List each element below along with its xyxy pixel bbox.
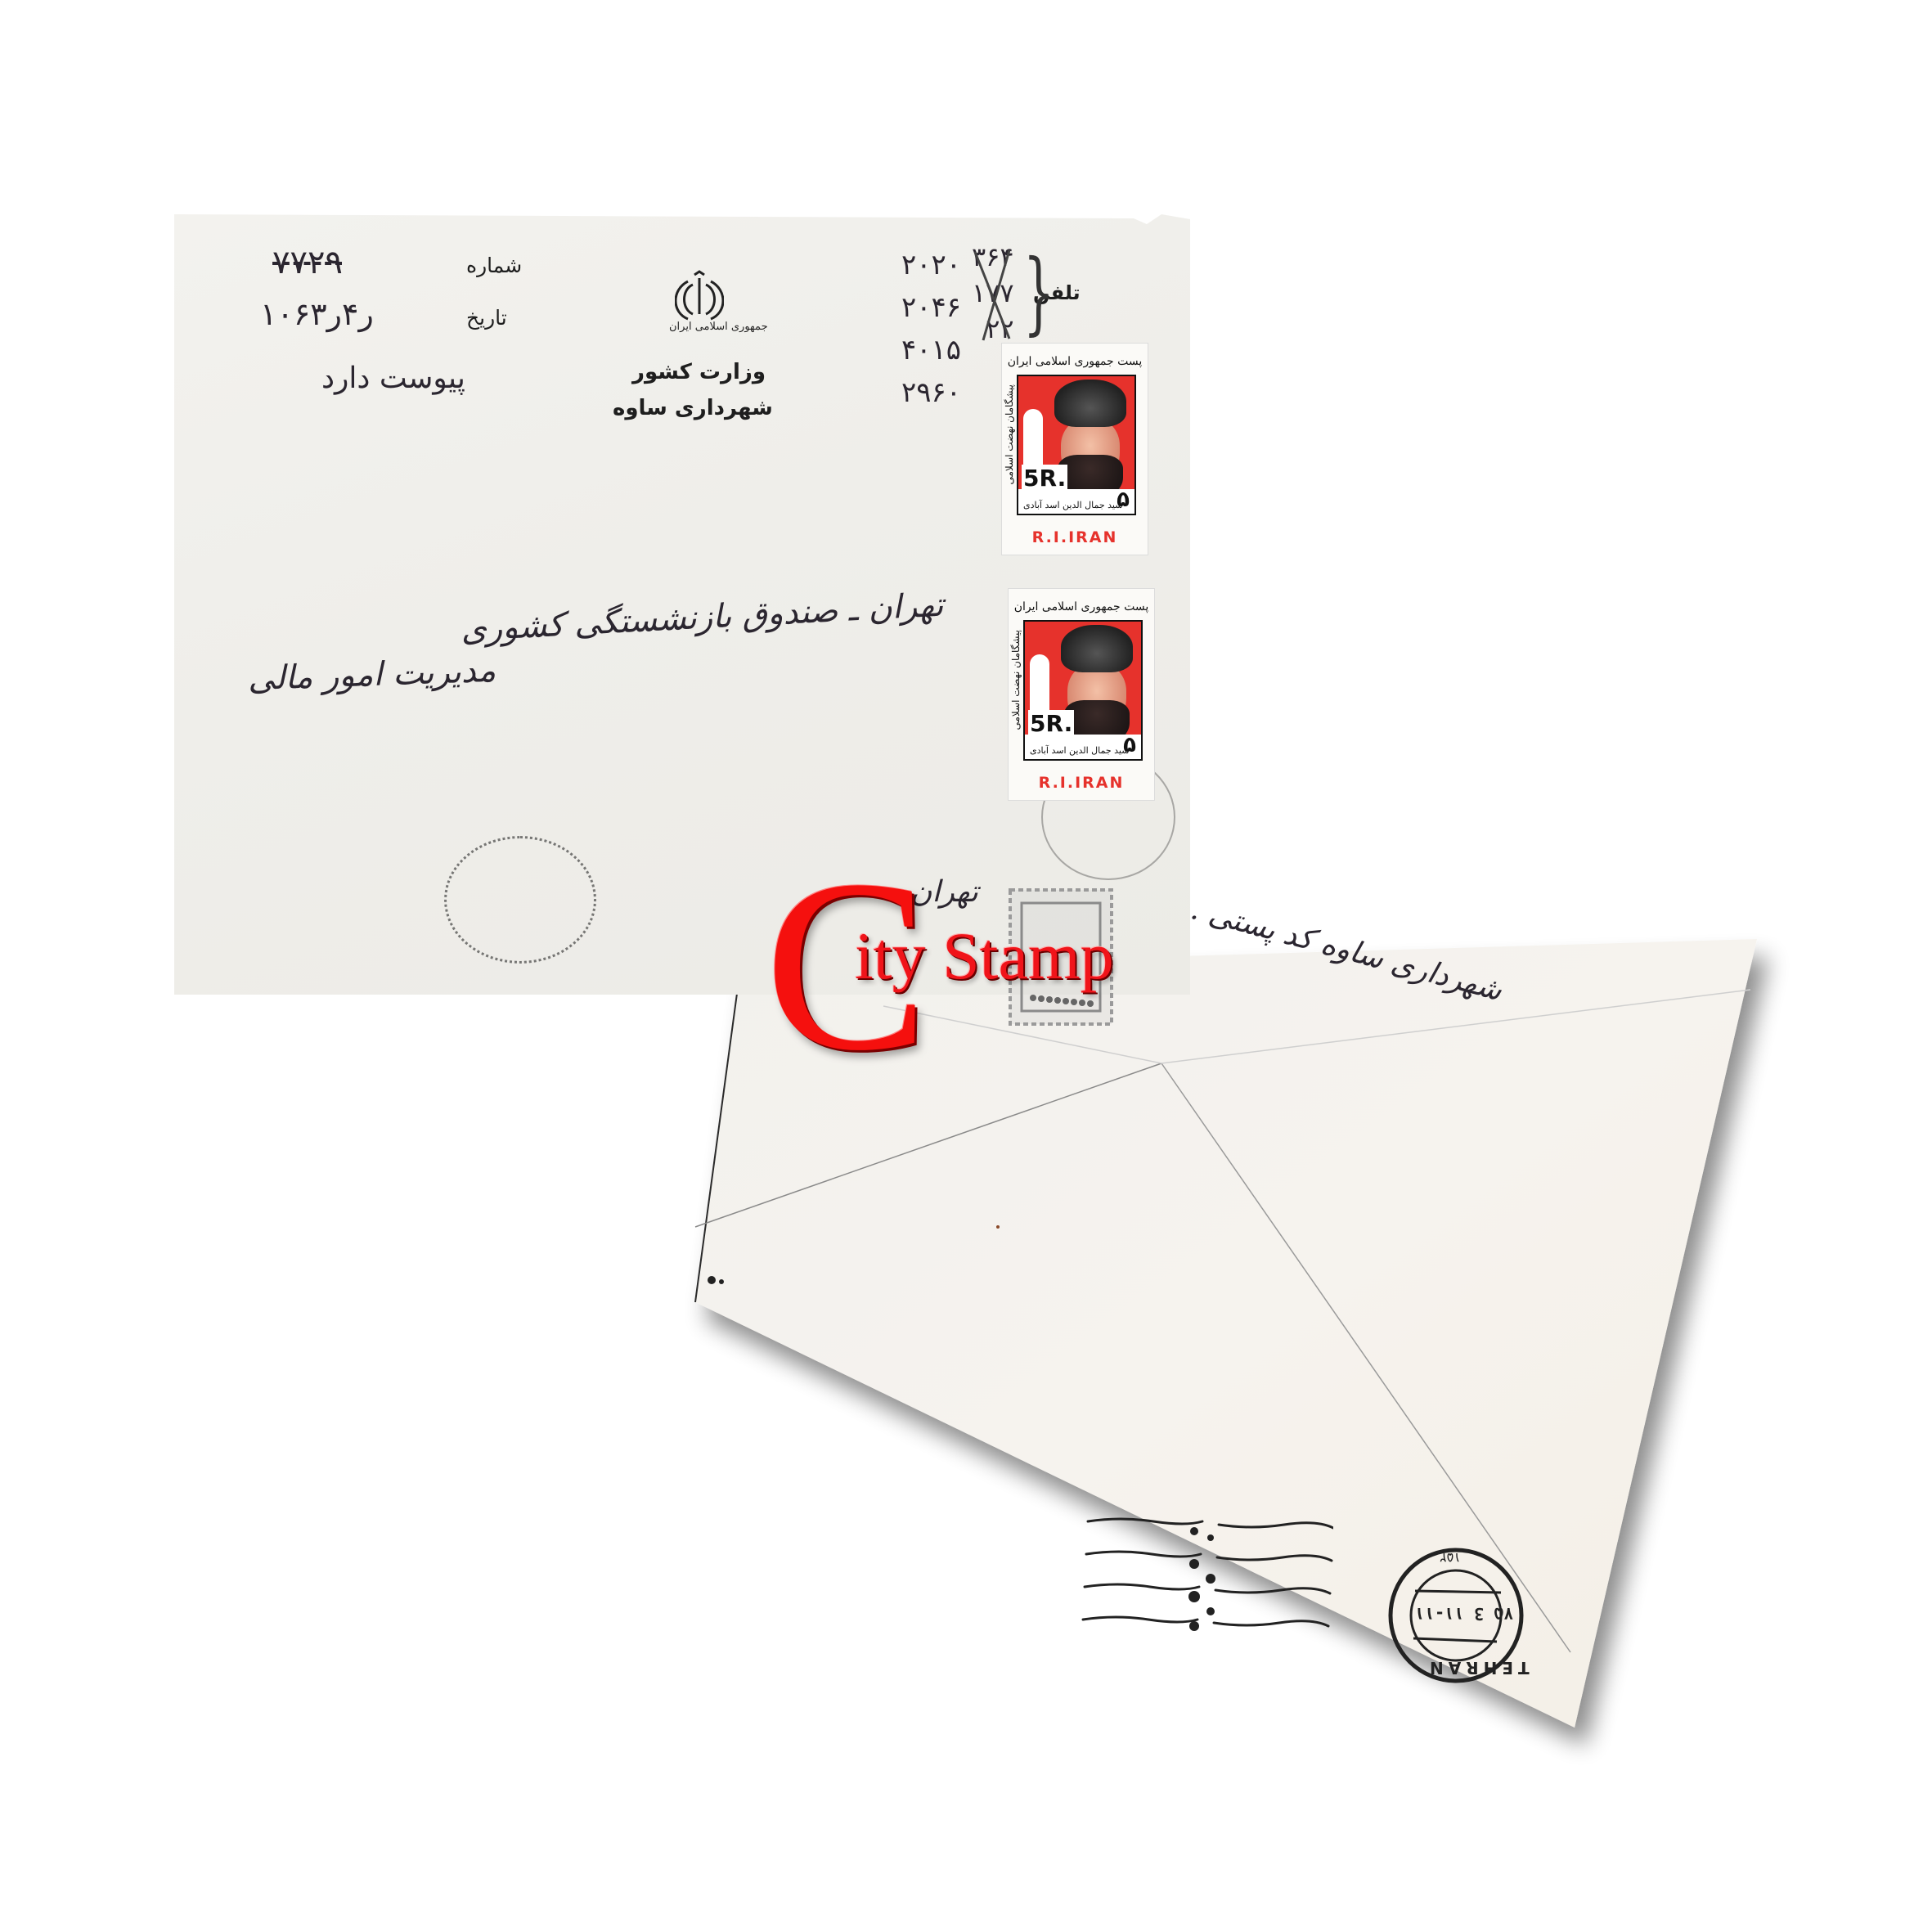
portrait-turban <box>1054 380 1126 427</box>
municipality-name: شهرداری ساوه <box>613 396 773 420</box>
postage-stamp: پست جمهوری اسلامی ایران 5R. سید جمال الد… <box>1002 344 1148 555</box>
number-value: ۷۷۲۹ <box>272 244 343 281</box>
address-line: مدیریت امور مالی <box>247 652 496 699</box>
strike-x-icon <box>972 247 1013 345</box>
logo-wordmark: ity Stamp <box>855 923 1114 990</box>
minaret-icon <box>1023 409 1043 466</box>
phone-number: ۴۰۱۵ <box>879 329 961 371</box>
stamp-portrait-name: سید جمال الدین اسد آبادی <box>1030 745 1129 756</box>
postmark-city: TEHRAN <box>1425 1658 1530 1678</box>
ministry-name: وزارت کشور <box>632 360 766 384</box>
postmark-date: ۷۵ 3 ۱۱-۱۱ <box>1415 1604 1513 1624</box>
phone-number: ۲۰۲۰ <box>879 244 961 286</box>
date-value: ۱۰ر۴ر۶۳ <box>260 296 374 332</box>
ink-smudge-postmark <box>444 836 596 964</box>
date-label: تاریخ <box>466 306 507 330</box>
stamp-denomination: ۵ <box>1117 487 1130 512</box>
stamp-portrait-frame: 5R. سید جمال الدین اسد آبادی ۵ <box>1017 375 1136 515</box>
portrait-turban <box>1061 625 1133 672</box>
brace-icon: } <box>1023 247 1055 337</box>
stamp-denomination-latin: 5R. <box>1022 465 1067 492</box>
postmark-code: ۱۵۲ <box>1440 1550 1461 1566</box>
stamp-denomination: ۵ <box>1123 733 1136 757</box>
phone-number: ۲۰۴۶ <box>879 286 961 329</box>
minaret-icon <box>1030 654 1049 712</box>
attachment-note: پیوست دارد <box>321 362 465 395</box>
stamp-country: R.I.IRAN <box>1009 774 1154 792</box>
stamp-portrait-frame: 5R. سید جمال الدین اسد آبادی ۵ <box>1023 620 1143 761</box>
emblem-caption: جمهوری اسلامی ایران <box>669 321 768 333</box>
number-label: شماره <box>466 254 522 277</box>
address-line: تهران ـ صندوق بازنشستگی کشوری <box>460 586 944 649</box>
iran-emblem-icon <box>675 270 724 327</box>
stamp-side-text: پیشگامان نهضت اسلامی <box>1010 630 1022 730</box>
wavy-cancel-lines-icon <box>1072 1505 1333 1652</box>
phone-number: ۲۹۶۰ <box>879 371 961 414</box>
stamp-header: پست جمهوری اسلامی ایران <box>1009 600 1154 613</box>
stamp-side-text: پیشگامان نهضت اسلامی <box>1004 384 1015 485</box>
stamp-denomination-latin: 5R. <box>1028 710 1074 737</box>
tehran-postmark: ۷۵ 3 ۱۱-۱۱ TEHRAN ۱۵۲ <box>1382 1542 1530 1689</box>
stamp-country: R.I.IRAN <box>1002 528 1148 546</box>
stamp-header: پست جمهوری اسلامی ایران <box>1002 355 1148 368</box>
stamp-portrait-name: سید جمال الدین اسد آبادی <box>1023 500 1122 510</box>
city-stamp-watermark-logo: C ity Stamp <box>765 834 1174 1080</box>
phone-numbers: ۲۰۲۰ ۲۰۴۶ ۴۰۱۵ ۲۹۶۰ <box>879 244 961 414</box>
postage-stamp: پست جمهوری اسلامی ایران 5R. سید جمال الد… <box>1009 589 1154 800</box>
